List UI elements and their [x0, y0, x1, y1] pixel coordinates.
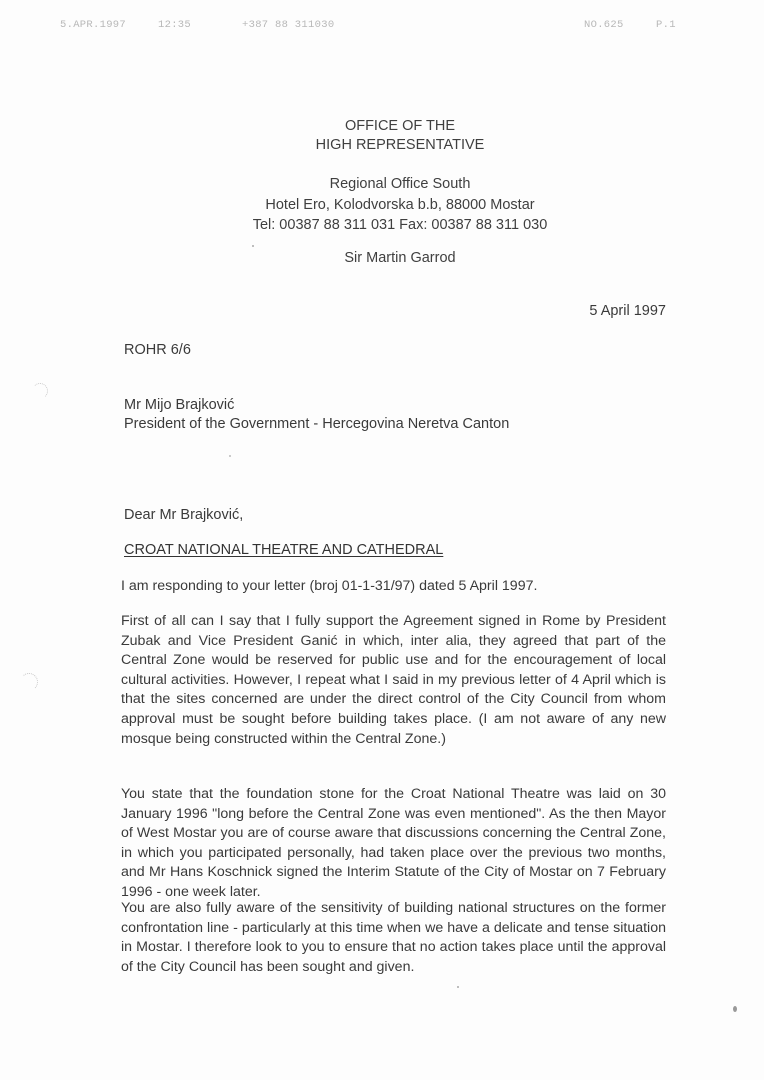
organization-line-1: OFFICE OF THE [200, 117, 600, 136]
fax-sender-number: +387 88 311030 [242, 19, 334, 31]
scan-mark [20, 673, 38, 691]
salutation: Dear Mr Brajković, [124, 507, 243, 523]
fax-transmission-number: NO.625 [584, 19, 624, 31]
letter-reference: ROHR 6/6 [124, 342, 191, 358]
recipient-name: Mr Mijo Brajković [124, 396, 509, 415]
sender-name: Sir Martin Garrod [180, 249, 620, 268]
letterhead-organization: OFFICE OF THE HIGH REPRESENTATIVE [200, 117, 600, 155]
fax-time: 12:35 [158, 19, 191, 31]
body-paragraph: First of all can I say that I fully supp… [121, 612, 666, 749]
scan-speck [457, 986, 459, 988]
scan-speck [733, 1006, 737, 1012]
fax-page-number: P.1 [656, 19, 676, 31]
recipient-title: President of the Government - Hercegovin… [124, 415, 509, 434]
organization-line-2: HIGH REPRESENTATIVE [200, 136, 600, 155]
subject-heading: CROAT NATIONAL THEATRE AND CATHEDRAL [124, 542, 443, 558]
body-paragraph: I am responding to your letter (broj 01-… [121, 577, 666, 597]
fax-transmission-header: 5.APR.1997 12:35 +387 88 311030 NO.625 P… [0, 19, 764, 33]
letter-date: 5 April 1997 [589, 303, 666, 319]
office-address: Hotel Ero, Kolodvorska b.b, 88000 Mostar [180, 195, 620, 216]
fax-date: 5.APR.1997 [60, 19, 126, 31]
office-contact: Tel: 00387 88 311 031 Fax: 00387 88 311 … [180, 215, 620, 236]
letterhead-person: Sir Martin Garrod [180, 249, 620, 268]
scan-speck [252, 245, 254, 247]
recipient-block: Mr Mijo Brajković President of the Gover… [124, 396, 509, 434]
body-paragraph: You state that the foundation stone for … [121, 785, 666, 903]
scan-speck [229, 455, 231, 457]
office-name: Regional Office South [180, 174, 620, 195]
fax-page: 5.APR.1997 12:35 +387 88 311030 NO.625 P… [0, 0, 764, 1080]
body-paragraph: You are also fully aware of the sensitiv… [121, 899, 666, 977]
scan-mark [32, 383, 48, 399]
letterhead-office: Regional Office South Hotel Ero, Kolodvo… [180, 174, 620, 236]
